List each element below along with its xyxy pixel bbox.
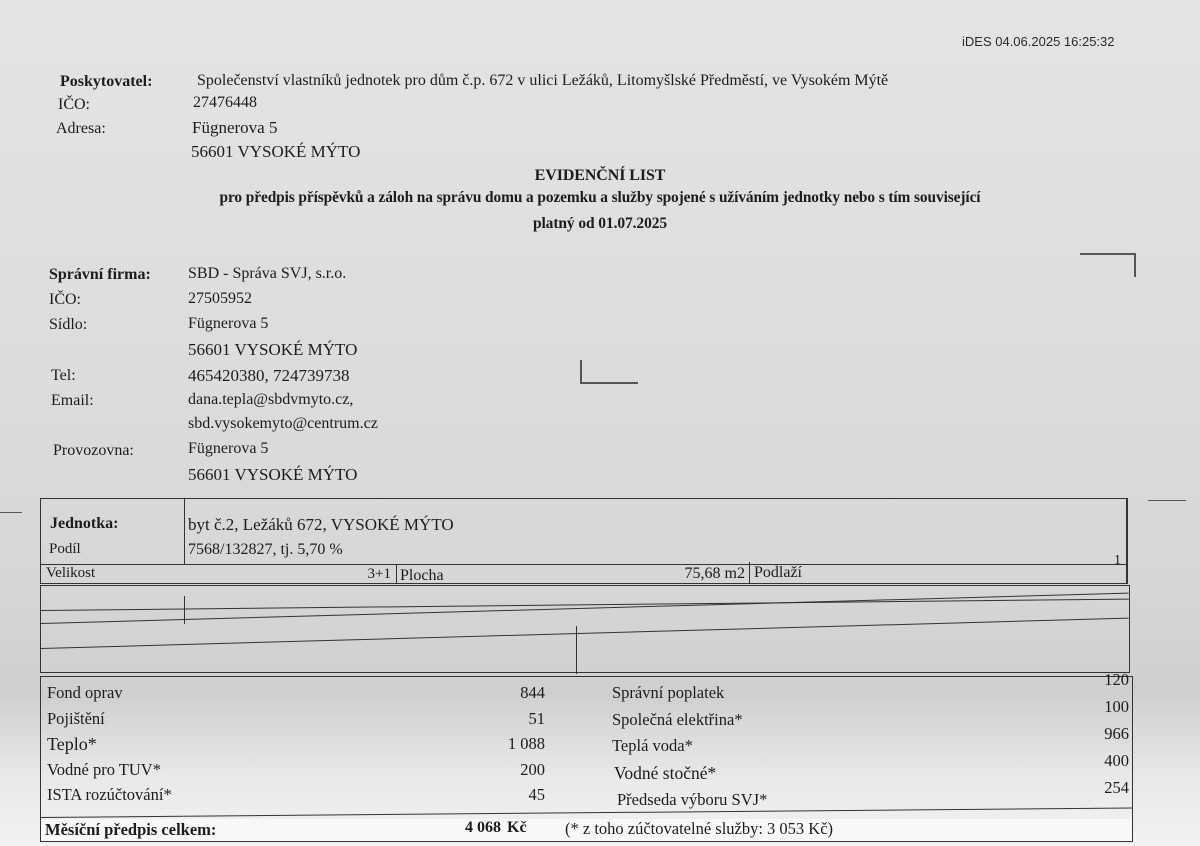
payment-amount: 51 [441, 709, 545, 729]
management-seat-line1: Fügnerova 5 [188, 315, 268, 333]
payment-amount: 844 [441, 683, 545, 703]
unit-divider [41, 564, 1127, 565]
grid-divider [41, 599, 1129, 611]
payment-label: Společná elektřina* [612, 710, 743, 730]
management-office-label: Provozovna: [53, 442, 134, 460]
fold-line-right [1148, 500, 1186, 501]
management-ico: 27505952 [188, 290, 252, 308]
management-ico-label: IČO: [49, 291, 81, 309]
payment-amount: 100 [1031, 697, 1129, 717]
payment-amount: 400 [1031, 751, 1129, 771]
unit-label: Jednotka: [50, 515, 118, 533]
provider-name: Společenství vlastníků jednotek pro dům … [197, 72, 888, 90]
floor-value: 1 [1081, 553, 1121, 569]
total-note: (* z toho zúčtovatelné služby: 3 053 Kč) [565, 819, 833, 839]
print-timestamp: iDES 04.06.2025 16:25:32 [962, 34, 1115, 49]
total-divider [41, 807, 1132, 818]
provider-ico: 27476448 [193, 94, 257, 112]
management-email-label: Email: [51, 392, 94, 410]
payment-label: Vodné stočné* [614, 763, 716, 784]
payment-label: Fond oprav [47, 683, 123, 703]
payment-amount: 45 [441, 785, 545, 805]
unit-divider [396, 564, 397, 584]
floor-label: Podlaží [754, 564, 802, 582]
share-value: 7568/132827, tj. 5,70 % [188, 541, 343, 559]
management-label: Správní firma: [49, 266, 151, 284]
management-tel: 465420380, 724739738 [188, 366, 350, 386]
payment-label: Správní poplatek [612, 683, 724, 703]
size-label: Velikost [46, 565, 95, 582]
provider-address-line2: 56601 VYSOKÉ MÝTO [191, 142, 360, 162]
management-email1[interactable]: dana.tepla@sbdvmyto.cz, [188, 391, 353, 409]
provider-address-line1: Fügnerova 5 [192, 118, 277, 138]
payment-label: Teplo* [47, 734, 97, 755]
payment-label: Pojištění [47, 709, 105, 729]
total-amount: 4 068 [431, 819, 501, 837]
payment-label: Vodné pro TUV* [47, 760, 161, 780]
size-value: 3+1 [291, 566, 391, 583]
corner-mark-middle [580, 360, 638, 384]
payment-amount: 120 [1031, 670, 1129, 690]
document-title: EVIDENČNÍ LIST [0, 167, 1200, 185]
management-seat-label: Sídlo: [49, 316, 87, 334]
corner-mark-top-right [1080, 253, 1136, 277]
payments-table: Fond oprav844Pojištění51Teplo*1 088Vodné… [40, 676, 1133, 842]
share-label: Podíl [49, 541, 81, 558]
management-office-line1: Fügnerova 5 [188, 440, 268, 458]
payment-label: Předseda výboru SVJ* [617, 790, 767, 810]
unit-divider [749, 562, 750, 584]
total-label: Měsíční předpis celkem: [45, 820, 216, 840]
management-office-line2: 56601 VYSOKÉ MÝTO [188, 465, 357, 485]
payment-amount: 966 [1031, 724, 1129, 744]
provider-address-label: Adresa: [56, 120, 106, 138]
management-seat-line2: 56601 VYSOKÉ MÝTO [188, 340, 357, 360]
payment-label: ISTA rozúčtování* [47, 785, 172, 805]
unit-value: byt č.2, Ležáků 672, VYSOKÉ MÝTO [188, 515, 454, 535]
area-value: 75,68 m2 [641, 565, 745, 583]
document-valid-from: platný od 01.07.2025 [0, 215, 1200, 233]
payment-label: Teplá voda* [612, 736, 693, 756]
total-currency: Kč [507, 819, 527, 837]
empty-grid-table [40, 585, 1130, 673]
payment-amount: 254 [1031, 778, 1129, 798]
unit-divider [184, 499, 185, 564]
management-tel-label: Tel: [51, 367, 76, 385]
document-subtitle: pro předpis příspěvků a záloh na správu … [0, 189, 1200, 207]
payment-amount: 1 088 [441, 734, 545, 754]
total-row: Měsíční předpis celkem: 4 068 Kč (* z to… [41, 819, 1132, 841]
grid-divider [41, 618, 1129, 649]
payment-amount: 200 [441, 760, 545, 780]
management-email2[interactable]: sbd.vysokemyto@centrum.cz [188, 415, 378, 433]
unit-table: Jednotka: byt č.2, Ležáků 672, VYSOKÉ MÝ… [40, 498, 1128, 584]
management-name: SBD - Správa SVJ, s.r.o. [188, 265, 346, 283]
provider-ico-label: IČO: [58, 96, 90, 114]
fold-line-left [0, 512, 22, 513]
area-label: Plocha [400, 567, 444, 585]
provider-label: Poskytovatel: [60, 73, 152, 91]
